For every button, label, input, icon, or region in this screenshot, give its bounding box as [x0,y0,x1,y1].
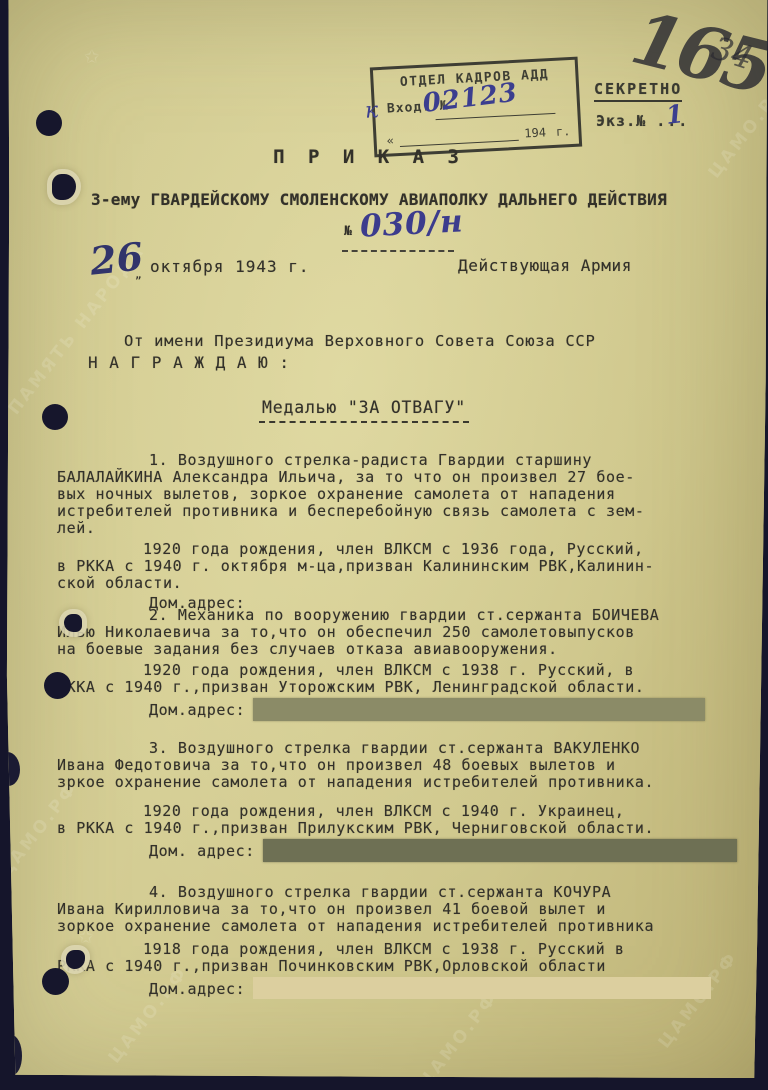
award-entry-2: 2. Механика по вооружению гвардии ст.сер… [57,607,757,722]
order-location: Действующая Армия [458,256,632,275]
stamp-date-line: « 194 г. [386,124,570,148]
award-entry-3: 3. Воздушного стрелка гвардии ст.сержант… [57,740,757,863]
address-label: Дом. адрес: [57,843,255,860]
stamp-handwritten-mark: к [364,98,378,124]
medal-line-wrap: Медалью "ЗА ОТВАГУ" [0,398,728,423]
paper-edge-damage [0,752,20,786]
order-number-label: № [344,224,352,239]
redaction-bar [253,977,711,999]
entry-line: зркое охранение самолета от нападения ис… [57,774,757,791]
entry-line: в РККА с 1940 г.,призван Прилукским РВК,… [57,820,757,837]
medal-title: Медалью "ЗА ОТВАГУ" [259,398,469,423]
entry-line: 2. Механика по вооружению гвардии ст.сер… [57,607,757,624]
stamp-date-suffix: г. [556,124,571,139]
entry-line: 1920 года рождения, член ВЛКСМ с 1940 г.… [57,803,757,820]
copy-number-label: Экз.№ [596,112,646,130]
paper-edge-damage [2,1035,22,1075]
stamp-box: ОТДЕЛ КАДРОВ АДД Вход. № 02123 к « 194 г… [370,57,582,158]
order-date: октября 1943 г. [150,257,310,276]
address-label: Дом.адрес: [57,702,245,719]
address-label: Дом.адрес: [57,981,245,998]
entry-line: в РККА с 1940 г. октября м-ца,призван Ка… [57,558,757,575]
order-date-quote: „ [135,268,142,281]
watermark-star-icon: ✩ [84,40,100,70]
award-line: Н А Г Р А Ж Д А Ю : [88,351,740,375]
entry-line: вых ночных вылетов, зоркое охранение сам… [57,486,757,503]
entry-line: лей. [57,520,757,537]
preamble-line: От имени Президиума Верховного Совета Со… [60,331,740,351]
entry-line: на боевые задания без случаев отказа ави… [57,641,757,658]
entry-line: истребителей противника и бесперебойную … [57,503,757,520]
entry-line: 1920 года рождения, член ВЛКСМ с 1936 го… [57,541,757,558]
order-number-value: 030/н [359,203,464,244]
preamble: От имени Президиума Верховного Совета Со… [60,331,740,375]
entry-line: Илью Николаевича за то,что он обеспечил … [57,624,757,641]
punch-hole [42,404,68,430]
entry-line: ской области. [57,575,757,592]
punch-hole [44,672,71,699]
entry-line: зоркое охранение самолета от нападения и… [57,918,757,935]
entry-line: Ивана Федотовича за то,что он произвел 4… [57,757,757,774]
paper-sheet: ПАМЯТЬ НАРОДА ЦАМО.РФ ЦАМО.РФ ЦАМО.РФ ЦА… [0,0,768,1090]
order-title: П Р И К А З [0,146,738,168]
entry-line: РККА с 1940 г.,призван Починковским РВК,… [57,958,757,975]
punch-hole [36,110,62,136]
order-number-underline [342,250,454,252]
entry-line: 1918 года рождения, член ВЛКСМ с 1938 г.… [57,941,757,958]
redaction-bar [253,698,705,721]
entry-line: 4. Воздушного стрелка гвардии ст.сержант… [57,884,757,901]
entry-line: БАЛАЛАЙКИНА Александра Ильича, за то что… [57,469,757,486]
copy-number-value: 1 [665,99,685,130]
stamp-date-year: 194 [524,125,546,140]
entry-line: Ивана Кирилловича за то,что он произвел … [57,901,757,918]
award-entry-4: 4. Воздушного стрелка гвардии ст.сержант… [57,884,757,1000]
entry-line: 1920 года рождения, член ВЛКСМ с 1938 г.… [57,662,757,679]
punch-hole [64,614,82,632]
order-addressee: 3-ему ГВАРДЕЙСКОМУ СМОЛЕНСКОМУ АВИАПОЛКУ… [0,190,758,209]
award-entry-1: 1. Воздушного стрелка-радиста Гвардии ст… [57,452,757,612]
scanned-document-page: { "stamp": { "title": "ОТДЕЛ КАДРОВ АДД"… [0,0,768,1090]
redaction-bar [263,839,737,862]
entry-line: РККА с 1940 г.,призван Уторожским РВК, Л… [57,679,757,696]
stamp-date-blank [400,130,519,147]
entry-line: 1. Воздушного стрелка-радиста Гвардии ст… [57,452,757,469]
entry-line: 3. Воздушного стрелка гвардии ст.сержант… [57,740,757,757]
punch-hole [42,968,69,995]
watermark-text: ЦАМО.РФ [415,988,503,1090]
